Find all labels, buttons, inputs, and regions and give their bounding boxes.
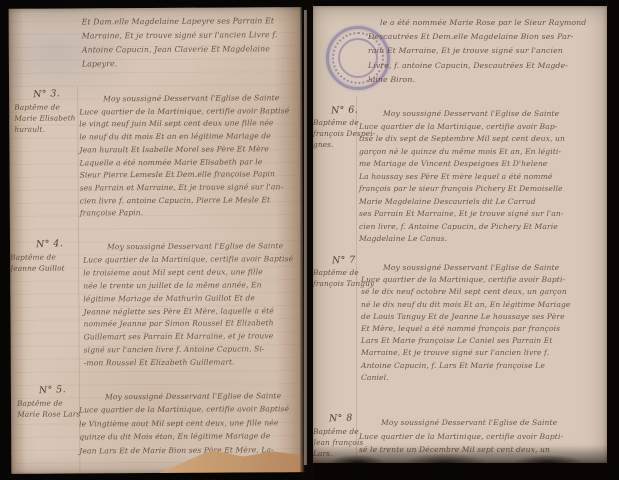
- text-line: Marie Elisabeth: [14, 112, 78, 123]
- text-line: françoise Papin.: [80, 206, 305, 220]
- right-page: le a été nommée Marie Rose par le Sieur …: [313, 6, 607, 463]
- text-line: garçon né le quinze du même mois Et an, …: [359, 146, 605, 159]
- text-line: Marraine, Et je trouve signé sur l'ancie…: [82, 28, 304, 43]
- page-seam: [300, 0, 314, 480]
- text-line: Lars.: [313, 448, 375, 459]
- text-line: Et Mère, lequel a été nommé françois par…: [361, 323, 605, 335]
- page-edge-sliver: [304, 10, 307, 465]
- text-line: Et Dam.elle Magdelaine Lapeyre ses Parra…: [82, 14, 304, 29]
- text-line: Marie Rose Lars: [17, 408, 81, 419]
- text-line: Jeanne Guillot: [10, 262, 80, 273]
- continuation-paragraph: Et Dam.elle Magdelaine Lapeyre ses Parra…: [82, 14, 304, 71]
- text-line: tisé le dix sept de Septembre Mil sept c…: [359, 133, 605, 146]
- text-line: Lars Et Marie françoise Le Caniel ses Pa…: [361, 335, 605, 347]
- text-line: Antoine Capucin, Jean Claverie Et Magdel…: [82, 42, 304, 57]
- text-line: Baptême de: [14, 101, 78, 112]
- text-line: Luce quartier de la Martinique, certifie…: [359, 121, 605, 134]
- text-line: La houssay ses Père Et mère lequel a été…: [359, 171, 605, 184]
- text-line: laine Biron.: [368, 73, 605, 87]
- entry-body: Moy soussigné Desservant l'Eglise de Sai…: [361, 262, 605, 384]
- text-line: Moy soussigné Desservant l'Eglise de Sai…: [79, 389, 305, 404]
- text-line: Livre, f. antoine Capucin, Descautrées E…: [368, 59, 605, 73]
- text-line: le Vingtième aout Mil sept cent deux, un…: [79, 416, 304, 431]
- text-line: Caniel.: [361, 372, 605, 384]
- text-line: Antoine Capucin, f. Lars Et Marie franço…: [361, 360, 605, 372]
- text-line: sé le trente un Décembre Mil sept cent d…: [359, 443, 605, 457]
- text-line: Moy soussigné Desservant l'Eglise de Sai…: [359, 416, 605, 430]
- text-line: Baptême de: [10, 251, 80, 262]
- left-page: Et Dam.elle Magdelaine Lapeyre ses Parra…: [9, 7, 305, 474]
- entry-body: Moy soussigné Desservant l'Eglise de Sai…: [359, 108, 605, 246]
- text-line: cien livre, f. Antoine Capucin, de Piche…: [359, 221, 605, 234]
- entry-body: Moy soussigné Desservant l'Eglise de Sai…: [79, 389, 305, 457]
- entry-margin-label: Baptême deMarie Elisabethhurault.: [14, 101, 78, 134]
- text-line: Magdelaine Le Canus.: [359, 233, 605, 246]
- entry-body: Moy soussigné Desservant l'Eglise de Sai…: [83, 240, 304, 370]
- text-line: de Louis Tanguy Et de Jeanne Le houssaye…: [361, 311, 605, 323]
- entry-number: N° 3.: [33, 88, 61, 100]
- text-line: sé le dix neuf octobre Mil sept cent deu…: [361, 286, 605, 298]
- text-line: Marie Magdelaine Descauriels dit Le Carr…: [359, 196, 605, 209]
- text-line: Luce quartier de la Martinique, certifie…: [79, 402, 304, 417]
- entry-body: Moy soussigné Desservant l'Eglise de Sai…: [359, 416, 605, 457]
- entry-number: N° 6.: [331, 105, 359, 117]
- text-line: me Mariage de Vincent Despeignes Et D'he…: [359, 158, 605, 171]
- text-line: le a été nommée Marie Rose par le Sieur …: [368, 16, 605, 30]
- entry-margin-label: Baptême deMarie Rose Lars: [17, 397, 81, 419]
- entry-body: Moy soussigné Desservant l'Eglise de Sai…: [79, 92, 304, 220]
- text-line: Baptême de: [17, 397, 81, 408]
- text-line: Luce quartier de la Martinique, certifie…: [359, 430, 605, 444]
- entry-margin-label: Baptême deJeanne Guillot: [10, 251, 80, 273]
- entry-number: N° 4.: [36, 238, 64, 250]
- text-line: Moy soussigné Desservant l'Eglise de Sai…: [361, 262, 605, 274]
- entry-number: N° 8: [329, 413, 353, 425]
- text-line: quinze du dit Mois étan, En légitime Mar…: [79, 429, 304, 444]
- text-line: -mon Roussel Et Elizabeth Guillemart.: [84, 356, 305, 370]
- manuscript-scan: Et Dam.elle Magdelaine Lapeyre ses Parra…: [0, 0, 619, 480]
- text-line: hurault.: [14, 123, 78, 134]
- text-line: Luce quartier de la Martinique, certifie…: [361, 274, 605, 286]
- text-line: Lapeyre.: [82, 56, 304, 71]
- text-line: rain Et Marraine, Et je trouve signé sur…: [368, 44, 605, 58]
- text-line: françois par le sieur françois Pichery E…: [359, 183, 605, 196]
- continuation-paragraph: le a été nommée Marie Rose par le Sieur …: [368, 16, 605, 87]
- text-line: ses Parrain Et Marraine, Et je trouve si…: [359, 208, 605, 221]
- text-line: Descautrées Et Dem.elle Magdelaine Bion …: [368, 30, 605, 44]
- entry-number: N° 7: [332, 255, 356, 267]
- entry-number: N° 5.: [39, 384, 67, 396]
- text-line: Moy soussigné Desservant l'Eglise de Sai…: [359, 108, 605, 121]
- text-line: Marraine, Et je trouve signé sur l'ancie…: [361, 347, 605, 359]
- text-line: né le dix neuf du dit mois Et an, En lég…: [361, 299, 605, 311]
